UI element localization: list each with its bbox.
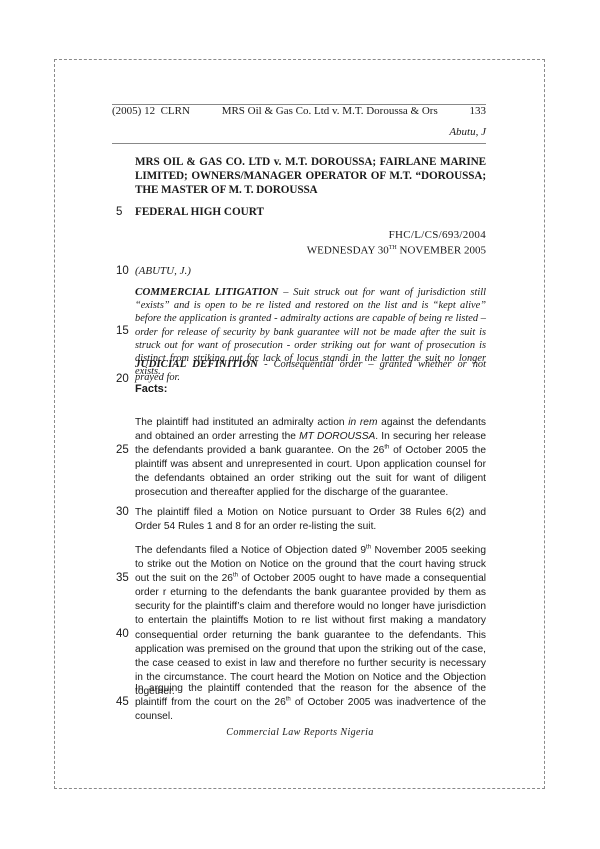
facts-paragraph-3: The defendants filed a Notice of Objecti… bbox=[135, 544, 486, 699]
judgment-date: WEDNESDAY 30TH NOVEMBER 2005 bbox=[307, 242, 486, 257]
page-footer: Commercial Law Reports Nigeria bbox=[0, 727, 600, 738]
header-bottom-rule bbox=[112, 143, 486, 144]
suit-details: FHC/L/CS/693/2004 WEDNESDAY 30TH NOVEMBE… bbox=[307, 229, 486, 257]
case-short-title: MRS Oil & Gas Co. Ltd v. M.T. Doroussa &… bbox=[222, 105, 438, 117]
catchword-heading: COMMERCIAL LITIGATION bbox=[135, 286, 278, 298]
line-number: 35 bbox=[116, 572, 129, 584]
court-name: FEDERAL HIGH COURT bbox=[135, 206, 486, 218]
facts-heading: Facts: bbox=[135, 383, 486, 395]
judge-name: Abutu, J bbox=[449, 126, 486, 138]
catchword-heading: JUDICIAL DEFINITION bbox=[135, 358, 258, 370]
line-number: 30 bbox=[116, 506, 129, 518]
case-parties: MRS OIL & GAS CO. LTD v. M.T. DOROUSSA; … bbox=[135, 155, 486, 197]
line-number: 20 bbox=[116, 373, 129, 385]
line-number: 15 bbox=[116, 325, 129, 337]
facts-paragraph-1: The plaintiff had instituted an admiralt… bbox=[135, 416, 486, 501]
line-number: 40 bbox=[116, 628, 129, 640]
suit-number: FHC/L/CS/693/2004 bbox=[307, 229, 486, 242]
facts-paragraph-2: The plaintiff filed a Motion on Notice p… bbox=[135, 506, 486, 534]
catchword-2: JUDICIAL DEFINITION - Consequential orde… bbox=[135, 358, 486, 384]
line-number: 45 bbox=[116, 696, 129, 708]
page-number: 133 bbox=[469, 105, 486, 117]
line-number: 25 bbox=[116, 444, 129, 456]
citation: (2005) 12 CLRN bbox=[112, 105, 190, 117]
running-header: (2005) 12 CLRN MRS Oil & Gas Co. Ltd v. … bbox=[112, 105, 486, 117]
coram: (ABUTU, J.) bbox=[135, 265, 486, 277]
line-number: 10 bbox=[116, 265, 129, 277]
facts-paragraph-4: In arguing the plaintiff contended that … bbox=[135, 682, 486, 724]
line-number: 5 bbox=[116, 206, 122, 218]
